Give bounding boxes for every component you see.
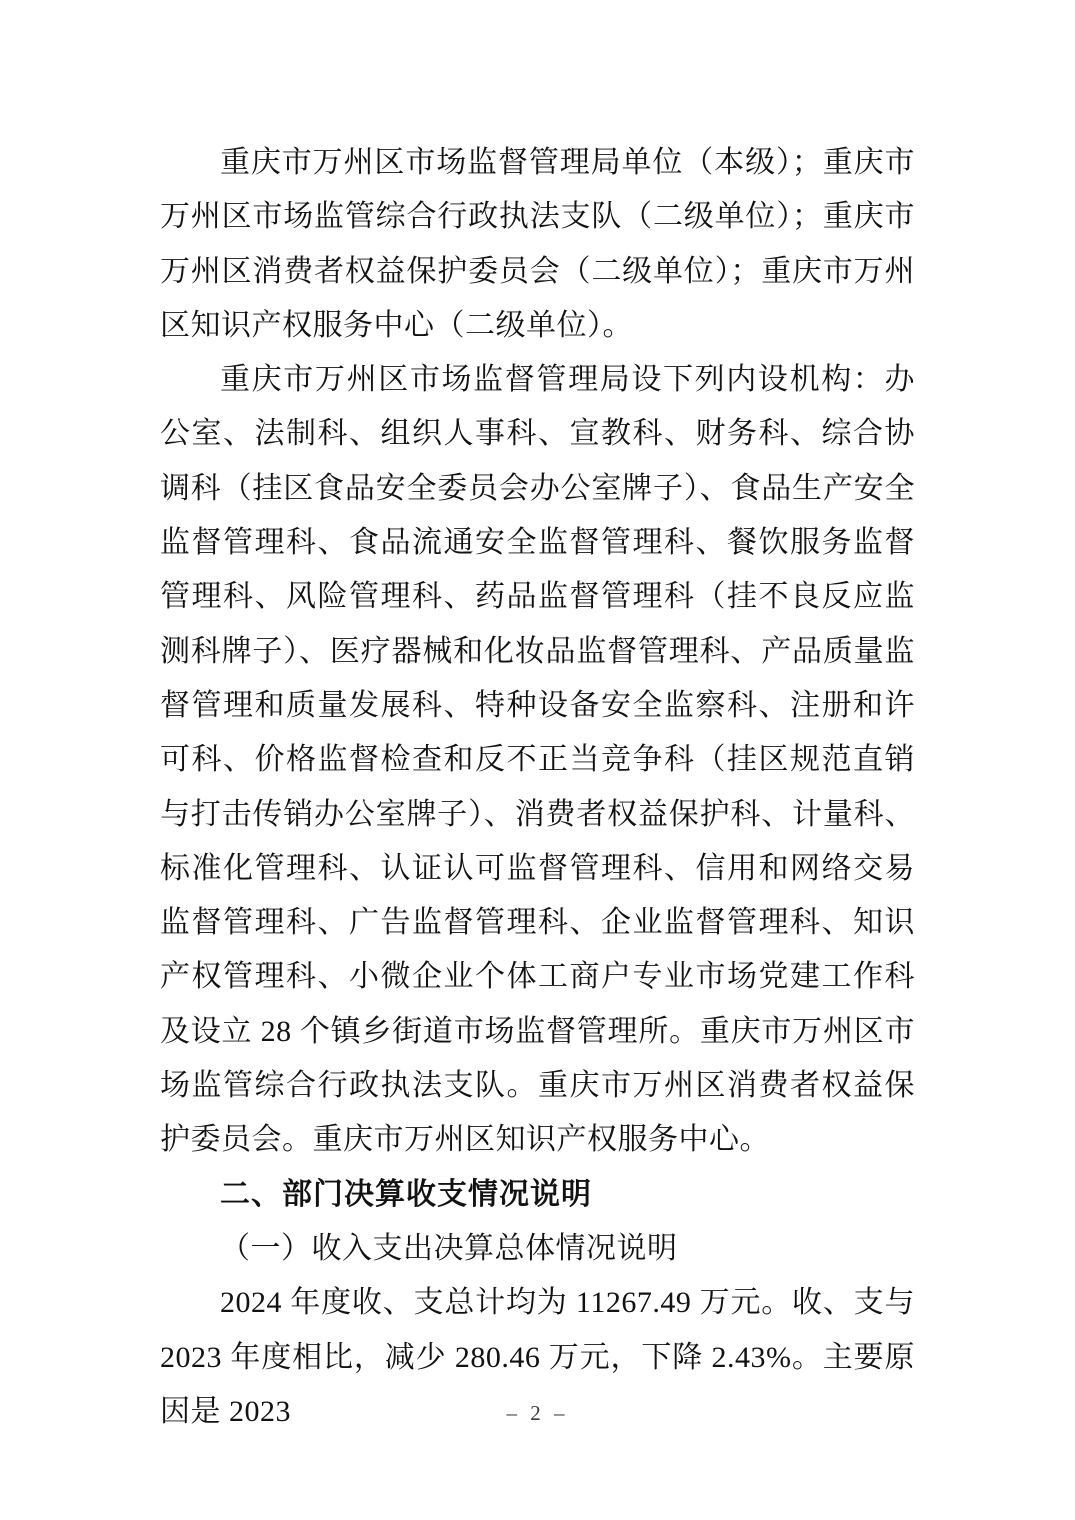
- document-page: 重庆市万州区市场监督管理局单位（本级）；重庆市万州区市场监管综合行政执法支队（二…: [0, 0, 1075, 1520]
- page-number: – 2 –: [0, 1401, 1075, 1426]
- document-body: 重庆市万州区市场监督管理局单位（本级）；重庆市万州区市场监管综合行政执法支队（二…: [160, 136, 915, 1439]
- paragraph-subordinate-units: 重庆市万州区市场监督管理局单位（本级）；重庆市万州区市场监管综合行政执法支队（二…: [160, 136, 915, 353]
- paragraph-internal-organs: 重庆市万州区市场监督管理局设下列内设机构：办公室、法制科、组织人事科、宣教科、财…: [160, 353, 915, 1167]
- subsection-heading-income-expenditure: （一）收入支出决算总体情况说明: [160, 1222, 915, 1276]
- section-heading-budget-overview: 二、部门决算收支情况说明: [160, 1168, 915, 1222]
